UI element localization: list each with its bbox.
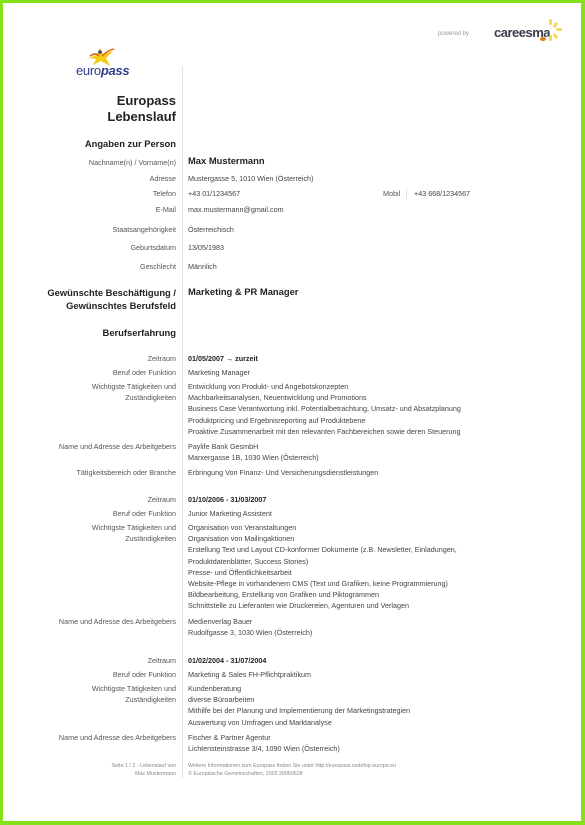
duty-item: Bildbearbeitung, Erstellung von Grafiken… <box>188 589 379 600</box>
duty-item: Auswertung von Umfragen und Marktanalyse <box>188 717 332 728</box>
mobile-separator <box>406 189 407 199</box>
duty-item: Produktpricing und Ergebnisreporting auf… <box>188 415 365 426</box>
powered-by-label: powered by <box>438 31 469 37</box>
cv-title: Europass Lebenslauf <box>107 93 176 125</box>
value-position: Marketing & Sales FH-Pflichtpraktikum <box>188 669 311 680</box>
value-gender: Männlich <box>188 261 217 272</box>
value-phone: +43 01/1234567 <box>188 188 240 199</box>
careesma-sun-icon <box>540 18 562 44</box>
duty-item: Organisation von Veranstaltungen <box>188 522 296 533</box>
footer-separator <box>182 761 183 778</box>
label-position: Beruf oder Funktion <box>113 367 176 378</box>
value-period: 01/02/2004 - 31/07/2004 <box>188 655 266 666</box>
europass-wordmark: europass <box>76 63 129 78</box>
label-duties-2: Zuständigkeiten <box>125 694 176 705</box>
europass-logo: europass <box>74 46 134 78</box>
value-employer: Paylife Bank GesmbH <box>188 441 258 452</box>
label-mobile: Mobil <box>383 188 400 199</box>
section-experience: Berufserfahrung <box>103 326 176 339</box>
title-line-1: Europass <box>107 93 176 109</box>
value-employer: Fischer & Partner Agentur <box>188 732 271 743</box>
duty-item: Kundenberatung <box>188 683 241 694</box>
duty-item: Website-Pflege in vorhandenem CMS (Text … <box>188 578 448 589</box>
value-email[interactable]: max.mustermann@gmail.com <box>188 204 284 215</box>
label-gender: Geschlecht <box>140 261 176 272</box>
duty-item: Erstellung Text und Layout CD-konformer … <box>188 544 457 555</box>
value-birthdate: 13/05/1983 <box>188 242 224 253</box>
value-position: Junior Marketing Assistent <box>188 508 272 519</box>
duty-item: Business Case Verantwortung inkl. Potent… <box>188 403 461 414</box>
label-nationality: Staatsangehörigkeit <box>112 224 176 235</box>
label-employer: Name und Adresse des Arbeitgebers <box>59 441 176 452</box>
label-position: Beruf oder Funktion <box>113 508 176 519</box>
cv-page: europass powered by careesma Europass Le… <box>0 0 585 825</box>
duty-item: Schnittstelle zu Lieferanten wie Drucker… <box>188 600 409 611</box>
label-duties-2: Zuständigkeiten <box>125 533 176 544</box>
label-duties: Wichtigste Tätigkeiten und <box>92 683 176 694</box>
value-employer: Marxergasse 1B, 1030 Wien (Österreich) <box>188 452 319 463</box>
label-sector: Tätigkeitsbereich oder Branche <box>77 467 176 478</box>
value-mobile: +43 668/1234567 <box>414 188 470 199</box>
label-period: Zeitraum <box>148 655 176 666</box>
value-employer: Lichtensteinstrasse 3/4, 1090 Wien (Öste… <box>188 743 340 754</box>
label-email: E-Mail <box>156 204 176 215</box>
title-line-2: Lebenslauf <box>107 109 176 125</box>
value-address: Mustergasse 5, 1010 Wien (Österreich) <box>188 173 313 184</box>
label-name: Nachname(n) / Vorname(n) <box>89 157 176 168</box>
footer-page-info-2: Max Mustermann <box>135 770 176 778</box>
column-divider <box>182 66 183 766</box>
label-birthdate: Geburtsdatum <box>130 242 176 253</box>
duty-item: Organisation von Mailingaktionen <box>188 533 294 544</box>
label-duties: Wichtigste Tätigkeiten und <box>92 522 176 533</box>
duty-item: Proaktive Zusammenarbeit mit den relevan… <box>188 426 460 437</box>
label-address: Adresse <box>150 173 176 184</box>
value-employer: Medienverlag Bauer <box>188 616 252 627</box>
section-personal: Angaben zur Person <box>85 137 176 150</box>
value-sector: Erbringung Von Finanz- Und Versicherungs… <box>188 467 378 478</box>
label-desired-job-1: Gewünschte Beschäftigung / <box>47 286 176 299</box>
label-position: Beruf oder Funktion <box>113 669 176 680</box>
value-position: Marketing Manager <box>188 367 250 378</box>
value-nationality: Österreichisch <box>188 224 234 235</box>
duty-item: Entwicklung von Produkt- und Angebotskon… <box>188 381 348 392</box>
footer-copyright: © Europäische Gemeinschaften, 2003 20060… <box>188 770 303 778</box>
value-employer: Rudolfgasse 3, 1030 Wien (Österreich) <box>188 627 312 638</box>
label-employer: Name und Adresse des Arbeitgebers <box>59 732 176 743</box>
footer-info-url: Weitere Informationen zum Europass finde… <box>188 762 396 770</box>
label-desired-job-2: Gewünschtes Berufsfeld <box>66 299 176 312</box>
value-name: Max Mustermann <box>188 155 265 166</box>
label-employer: Name und Adresse des Arbeitgebers <box>59 616 176 627</box>
label-period: Zeitraum <box>148 353 176 364</box>
value-period: 01/10/2006 - 31/03/2007 <box>188 494 266 505</box>
duty-item: Presse- und Öffentlichkeitsarbeit <box>188 567 292 578</box>
label-period: Zeitraum <box>148 494 176 505</box>
duty-item: diverse Büroarbeiten <box>188 694 254 705</box>
duty-item: Machbarkeitsanalysen, Neuentwicklung und… <box>188 392 367 403</box>
footer-page-info-1: Seite 1 / 2 - Lebenslauf von <box>112 762 177 770</box>
value-desired-job: Marketing & PR Manager <box>188 286 298 297</box>
duty-item: Produktdatenblätter, Success Stories) <box>188 556 308 567</box>
label-duties-2: Zuständigkeiten <box>125 392 176 403</box>
duty-item: Mithilfe bei der Planung und Implementie… <box>188 705 410 716</box>
label-phone: Telefon <box>153 188 176 199</box>
label-duties: Wichtigste Tätigkeiten und <box>92 381 176 392</box>
value-period: 01/05/2007 → zurzeit <box>188 353 258 364</box>
